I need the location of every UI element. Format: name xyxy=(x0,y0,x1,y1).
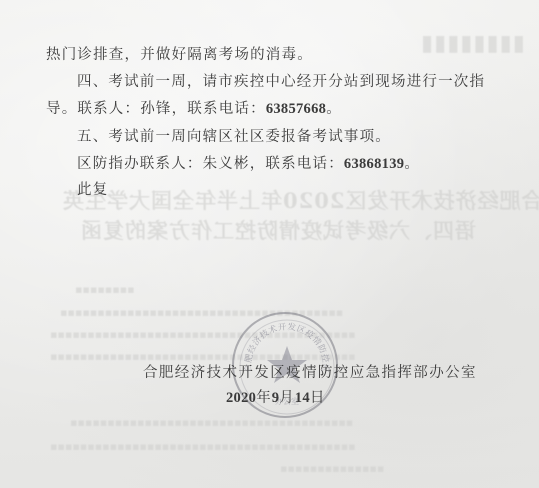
issuing-organization: 合肥经济技术开发区疫情防控应急指挥部办公室 xyxy=(143,361,477,382)
date-month-unit: 月 xyxy=(279,390,295,406)
bleed-through-body-text: ▪▪▪▪▪▪▪▪▪▪▪▪▪▪ xyxy=(280,462,384,475)
bleed-through-title-line-1: 关于合肥经济技术开发区2020年上半年全国大学生英 xyxy=(62,185,539,215)
date-year-unit: 年 xyxy=(256,390,272,406)
bleed-through-body-text: ▪▪▪▪▪▪▪▪▪▪▪▪▪▪▪▪▪▪▪▪▪▪▪▪▪▪▪▪▪▪▪▪▪▪▪▪▪▪▪▪… xyxy=(50,440,356,453)
body-line-office-contact: 区防指办联系人：朱义彬，联系电话：63868139。 xyxy=(77,155,420,173)
bleed-through-title-line-2: 语四、六级考试疫情防控工作方案的复函 xyxy=(80,215,476,245)
issue-date: 2020年9月14日 xyxy=(226,386,325,407)
office-contact-label: 区防指办联系人：朱义彬，联系电话： xyxy=(77,156,344,172)
body-line-cdc-contact: 导。联系人：孙锋，联系电话：63857668。 xyxy=(46,100,342,118)
cdc-contact-label: 导。联系人：孙锋，联系电话： xyxy=(46,101,266,117)
closing-phrase: 此复 xyxy=(77,181,108,199)
date-day-unit: 日 xyxy=(310,390,326,406)
bleed-through-body-text: ▪▪▪▪▪▪▪▪ xyxy=(75,283,135,296)
period: 。 xyxy=(404,156,420,172)
period: 。 xyxy=(326,101,342,117)
date-year: 2020 xyxy=(226,390,256,406)
bleed-through-header: ▮▮▮▮▮▮▮▮ xyxy=(420,30,525,56)
body-line-item-five: 五、考试前一周向辖区社区委报备考试事项。 xyxy=(77,128,391,146)
body-line-isolation: 热门诊排查，并做好隔离考场的消毒。 xyxy=(46,46,313,64)
cdc-contact-phone: 63857668 xyxy=(266,101,326,117)
office-contact-phone: 63868139 xyxy=(344,156,404,172)
date-day: 14 xyxy=(295,390,310,406)
body-line-item-four: 四、考试前一周，请市疾控中心经开分站到现场进行一次指 xyxy=(77,73,485,91)
